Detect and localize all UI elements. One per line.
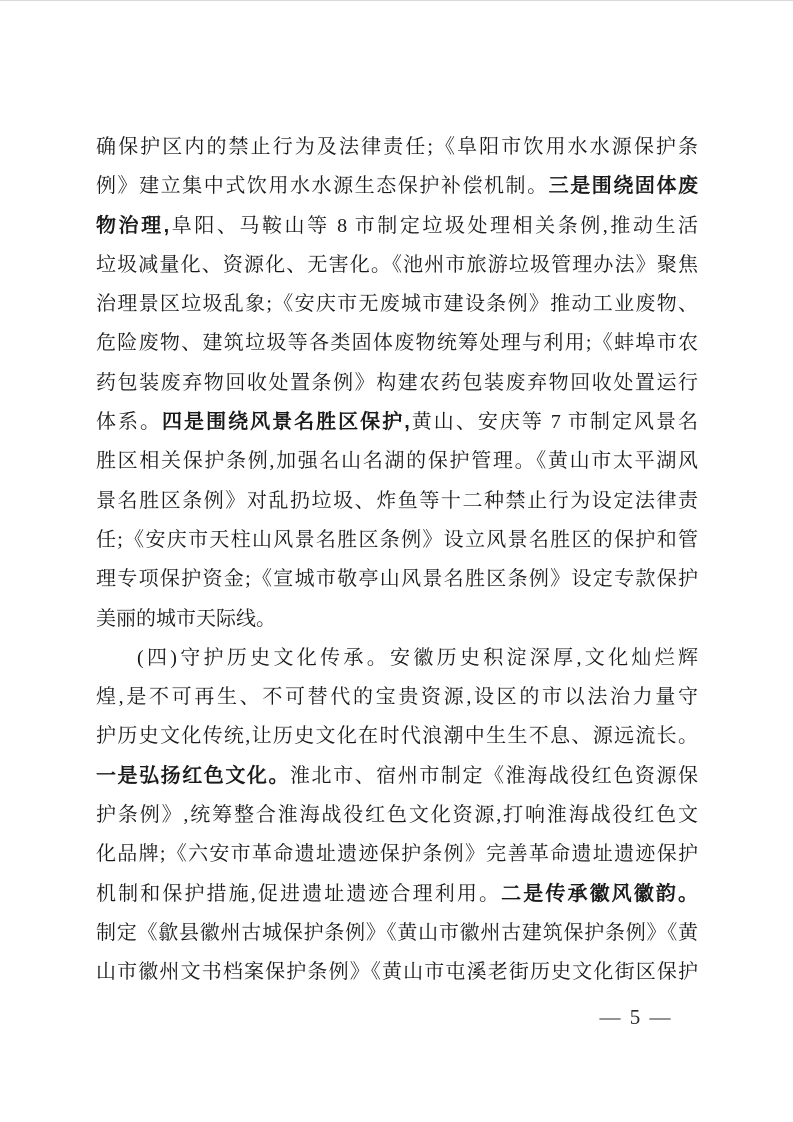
text-line: 化品牌;《六安市革命遗址遗迹保护条例》完善革命遗址遗迹保护 [96, 835, 698, 874]
text-line: 治理景区垃圾乱象;《安庆市无废城市建设条例》推动工业废物、 [96, 285, 698, 324]
text-segment-normal: 机制和保护措施,促进遗址遗迹合理利用。 [96, 883, 501, 905]
text-segment-normal: 山市徽州文书档案保护条例》《黄山市屯溪老街历史文化街区保护 [96, 961, 698, 983]
text-line: 例》建立集中式饮用水水源生态保护补偿机制。三是围绕固体废 [96, 167, 698, 206]
text-segment-normal: 危险废物、建筑垃圾等各类固体废物统筹处理与利用;《蚌埠市农 [96, 332, 698, 354]
text-line: 确保护区内的禁止行为及法律责任;《阜阳市饮用水水源保护条 [96, 128, 698, 167]
text-segment-normal: 安徽历史积淀深厚,文化灿烂辉 [390, 647, 698, 669]
text-line: 景名胜区条例》对乱扔垃圾、炸鱼等十二种禁止行为设定法律责 [96, 482, 698, 521]
text-line: 体系。四是围绕风景名胜区保护,黄山、安庆等 7 市制定风景名 [96, 403, 698, 442]
text-line: 理专项保护资金;《宣城市敬亭山风景名胜区条例》设定专款保护 [96, 560, 698, 599]
text-line: 煌,是不可再生、不可替代的宝贵资源,设区的市以法治力量守 [96, 678, 698, 717]
text-segment-normal: 阜阳、马鞍山等 8 市制定垃圾处理相关条例,推动生活 [169, 215, 698, 237]
text-segment-normal: 美丽的城市天际线。 [96, 608, 276, 630]
text-segment-bold: 物治理, [96, 215, 169, 237]
document-page: 确保护区内的禁止行为及法律责任;《阜阳市饮用水水源保护条例》建立集中式饮用水水源… [0, 0, 793, 1122]
text-line: 机制和保护措施,促进遗址遗迹合理利用。二是传承徽风徽韵。 [96, 875, 698, 914]
text-line: 任;《安庆市天柱山风景名胜区条例》设立风景名胜区的保护和管 [96, 521, 698, 560]
text-segment-bold: 二是传承徽风徽韵。 [501, 883, 698, 905]
text-line: 山市徽州文书档案保护条例》《黄山市屯溪老街历史文化街区保护 [96, 953, 698, 992]
text-line: 美丽的城市天际线。 [96, 600, 698, 639]
text-segment-normal: 胜区相关保护条例,加强名山名湖的保护管理。《黄山市太平湖风 [96, 450, 698, 472]
page-number: — 5 — [586, 1003, 686, 1031]
text-segment-normal: 化品牌;《六安市革命遗址遗迹保护条例》完善革命遗址遗迹保护 [96, 843, 698, 865]
text-line: 制定《歙县徽州古城保护条例》《黄山市徽州古建筑保护条例》《黄 [96, 914, 698, 953]
text-line: 药包装废弃物回收处置条例》构建农药包装废弃物回收处置运行 [96, 364, 698, 403]
text-segment-bold: 四是围绕风景名胜区保护, [162, 411, 410, 433]
text-line: 胜区相关保护条例,加强名山名湖的保护管理。《黄山市太平湖风 [96, 442, 698, 481]
text-line: 危险废物、建筑垃圾等各类固体废物统筹处理与利用;《蚌埠市农 [96, 324, 698, 363]
text-segment-normal: 煌,是不可再生、不可替代的宝贵资源,设区的市以法治力量守 [96, 686, 698, 708]
text-segment-normal: 淮北市、宿州市制定《淮海战役红色资源保 [290, 765, 698, 787]
text-segment-normal: 黄山、安庆等 7 市制定风景名 [410, 411, 698, 433]
text-segment-normal: 护条例》,统筹整合淮海战役红色文化资源,打响淮海战役红色文 [96, 804, 698, 826]
text-segment-normal: 理专项保护资金;《宣城市敬亭山风景名胜区条例》设定专款保护 [96, 568, 698, 590]
text-segment-normal: 药包装废弃物回收处置条例》构建农药包装废弃物回收处置运行 [96, 372, 698, 394]
text-line: 垃圾减量化、资源化、无害化。《池州市旅游垃圾管理办法》聚焦 [96, 246, 698, 285]
text-line: (四)守护历史文化传承。安徽历史积淀深厚,文化灿烂辉 [96, 639, 698, 678]
text-line: 物治理,阜阳、马鞍山等 8 市制定垃圾处理相关条例,推动生活 [96, 207, 698, 246]
text-segment-bold: 一是弘扬红色文化。 [96, 765, 290, 787]
text-line: 一是弘扬红色文化。淮北市、宿州市制定《淮海战役红色资源保 [96, 757, 698, 796]
text-segment-normal: 任;《安庆市天柱山风景名胜区条例》设立风景名胜区的保护和管 [96, 529, 698, 551]
text-segment-normal: 体系。 [96, 411, 162, 433]
text-segment-normal: 制定《歙县徽州古城保护条例》《黄山市徽州古建筑保护条例》《黄 [96, 922, 698, 944]
text-line: 护历史文化传统,让历史文化在时代浪潮中生生不息、源远流长。 [96, 717, 698, 756]
text-segment-kai: (四)守护历史文化传承。 [137, 647, 390, 669]
text-segment-normal: 景名胜区条例》对乱扔垃圾、炸鱼等十二种禁止行为设定法律责 [96, 490, 698, 512]
text-segment-normal: 确保护区内的禁止行为及法律责任;《阜阳市饮用水水源保护条 [96, 136, 698, 158]
text-segment-normal: 治理景区垃圾乱象;《安庆市无废城市建设条例》推动工业废物、 [96, 293, 698, 315]
document-lines: 确保护区内的禁止行为及法律责任;《阜阳市饮用水水源保护条例》建立集中式饮用水水源… [96, 128, 698, 993]
text-segment-normal: 例》建立集中式饮用水水源生态保护补偿机制。 [96, 175, 549, 197]
text-segment-normal: 护历史文化传统,让历史文化在时代浪潮中生生不息、源远流长。 [96, 725, 698, 747]
text-line: 护条例》,统筹整合淮海战役红色文化资源,打响淮海战役红色文 [96, 796, 698, 835]
page-top-edge-divider [0, 0, 793, 1]
text-segment-bold: 三是围绕固体废 [549, 175, 698, 197]
text-segment-normal: 垃圾减量化、资源化、无害化。《池州市旅游垃圾管理办法》聚焦 [96, 254, 698, 276]
